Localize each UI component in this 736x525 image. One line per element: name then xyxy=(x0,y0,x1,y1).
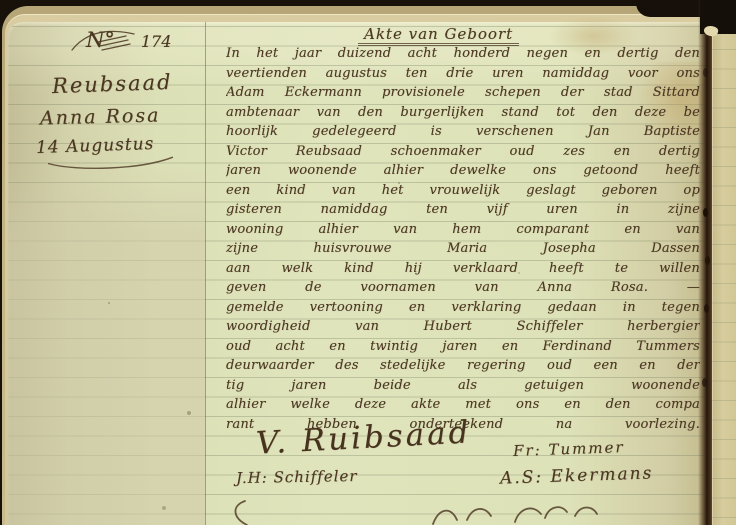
act-line: veertienden augustus ten drie uren namid… xyxy=(226,64,700,84)
act-header: Akte van Geboort xyxy=(358,24,519,43)
margin-date-text: 14 Augustus xyxy=(36,134,155,158)
act-line: hoorlijk gedelegeerd is verschenen Jan B… xyxy=(226,122,700,142)
act-line: ambtenaar van den burgerlijken stand tot… xyxy=(226,103,700,123)
act-body-text: In het jaar duizend acht honderd negen e… xyxy=(226,44,700,434)
act-line: zijne huisvrouwe Maria Josepha Dassen xyxy=(226,239,700,259)
next-entry-partial-strokes xyxy=(223,498,683,525)
margin-given-names: Anna Rosa xyxy=(40,104,161,129)
signature-witness-schiffeler: J.H: Schiffeler xyxy=(236,467,358,487)
act-line: wooning alhier van hem comparant en van xyxy=(226,220,700,240)
act-line: In het jaar duizend acht honderd negen e… xyxy=(226,44,700,64)
act-line: deurwaarder des stedelijke regering oud … xyxy=(226,356,700,376)
binding-stitches xyxy=(703,208,708,217)
act-line: Adam Eckermann provisionele schepen der … xyxy=(226,83,700,103)
act-line: oud acht en twintig jaren en Ferdinand T… xyxy=(226,337,700,357)
act-line: jaren woonende alhier dewelke ons getoon… xyxy=(226,161,700,181)
act-line: tig jaren beide als getuigen woonende xyxy=(226,376,700,396)
scanned-register-photo: Akte van Geboort N°174 Reubsaad Anna Ros… xyxy=(0,0,736,525)
register-page: Akte van Geboort N°174 Reubsaad Anna Ros… xyxy=(8,22,708,525)
page-title: Akte van Geboort xyxy=(358,25,519,46)
margin-shading xyxy=(8,22,205,525)
act-line: gisteren namiddag ten vijf uren in zijne xyxy=(226,200,700,220)
number-flourish-icon xyxy=(68,24,154,58)
margin-surname: Reubsaad xyxy=(52,70,173,98)
act-line: Victor Reubsaad schoenmaker oud zes en d… xyxy=(226,142,700,162)
margin-rule-line xyxy=(205,22,206,525)
act-line: woordigheid van Hubert Schiffeler herber… xyxy=(226,317,700,337)
act-line: geven de voornamen van Anna Rosa. — xyxy=(226,278,700,298)
act-line: alhier welke deze akte met ons en den co… xyxy=(226,395,700,415)
act-line: een kind van het vrouwelijk geslagt gebo… xyxy=(226,181,700,201)
act-line: gemelde vertooning en verklaring gedaan … xyxy=(226,298,700,318)
margin-date: 14 Augustus xyxy=(36,134,155,158)
act-line: aan welk kind hij verklaard heeft te wil… xyxy=(226,259,700,279)
margin-act-number: N°174 xyxy=(86,28,171,52)
adjacent-page-rules xyxy=(712,0,736,525)
adjacent-page-edge xyxy=(712,0,736,525)
